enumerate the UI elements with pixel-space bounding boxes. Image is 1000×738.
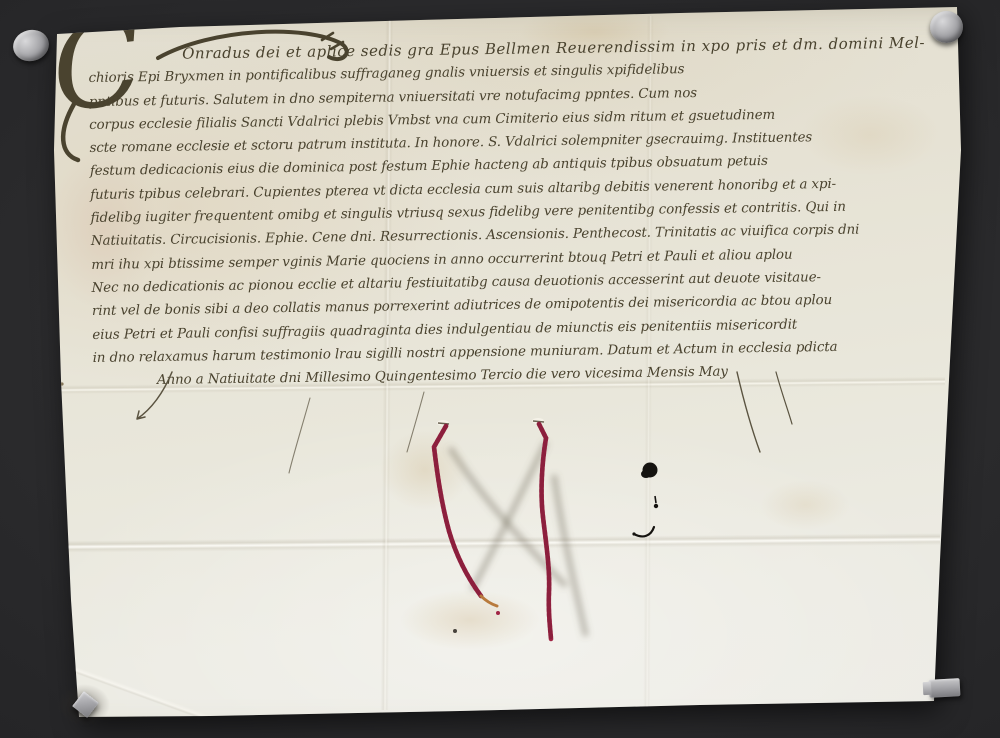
pushpin-top-right-icon [930, 11, 963, 43]
decorated-initial: C [45, 1, 149, 129]
charter-text-line: pntibus et futuris. Salutem in dno sempi… [89, 78, 941, 114]
parchment-stain [400, 590, 540, 650]
charter-text-line: in dno relaxamus harum testimonio lrau s… [92, 334, 944, 370]
parchment-stain [800, 95, 940, 175]
charter-text-line: fidelibg iugiter frequentent omibg et si… [90, 194, 942, 230]
charter-text-line: mri ihu xpi btissime semper vginis Marie… [91, 241, 943, 277]
charter-text-line: corpus ecclesie filialis Sancti Vdalrici… [89, 101, 941, 137]
seal-thread-left [434, 426, 500, 615]
initial-flourish [42, 32, 346, 160]
pen-descender [137, 372, 792, 473]
parchment-wrapper: C Onradus dei et aplice sedis gra Epus B… [0, 0, 1000, 738]
charter-text-line: Anno a Natiuitate dni Millesimo Quingent… [93, 357, 945, 393]
parchment-charter: C Onradus dei et aplice sedis gra Epus B… [0, 0, 1000, 738]
parchment-stain [48, 150, 158, 310]
thread-shadow [450, 442, 586, 636]
dirt-speck [60, 382, 457, 633]
decoration-overlay [0, 0, 1000, 738]
fold-crease-corner [29, 650, 248, 735]
fold-crease-vertical-left [381, 18, 394, 710]
fold-crease-horizontal-upper [45, 377, 945, 395]
charter-text-line: festum dedicacionis eius die dominica po… [90, 148, 942, 184]
charter-text-line: eius Petri et Pauli confisi suffragiis q… [92, 311, 944, 347]
charter-text-line: Natiuitatis. Circucisionis. Ephie. Cene … [91, 218, 943, 254]
fold-crease-horizontal-lower [50, 533, 940, 553]
seal-thread-right [539, 424, 551, 639]
thread-slit [437, 418, 544, 426]
pushpin-bottom-right-icon [929, 678, 961, 698]
ink-blot [632, 463, 658, 537]
photo-stage: C Onradus dei et aplice sedis gra Epus B… [0, 0, 1000, 738]
parchment-stain [380, 430, 470, 510]
charter-text-line: futuris tpibus celebrari. Cupientes pter… [90, 171, 942, 207]
charter-text-line: chioris Epi Bryxmen in pontificalibus su… [88, 55, 940, 91]
charter-text-line: Nec no dedicationis ac pionou ecclie et … [91, 264, 943, 300]
charter-text: Onradus dei et aplice sedis gra Epus Bel… [88, 31, 945, 393]
fold-crease-vertical-right [643, 16, 654, 710]
parchment-stain [760, 480, 850, 530]
charter-text-line: scte romane ecclesie et sctoru patrum in… [89, 125, 941, 161]
parchment-stain [520, 8, 670, 56]
charter-text-line: Onradus dei et aplice sedis gra Epus Bel… [88, 31, 940, 67]
charter-text-line: rint vel de bonis sibi a deo collatis ma… [92, 288, 944, 324]
